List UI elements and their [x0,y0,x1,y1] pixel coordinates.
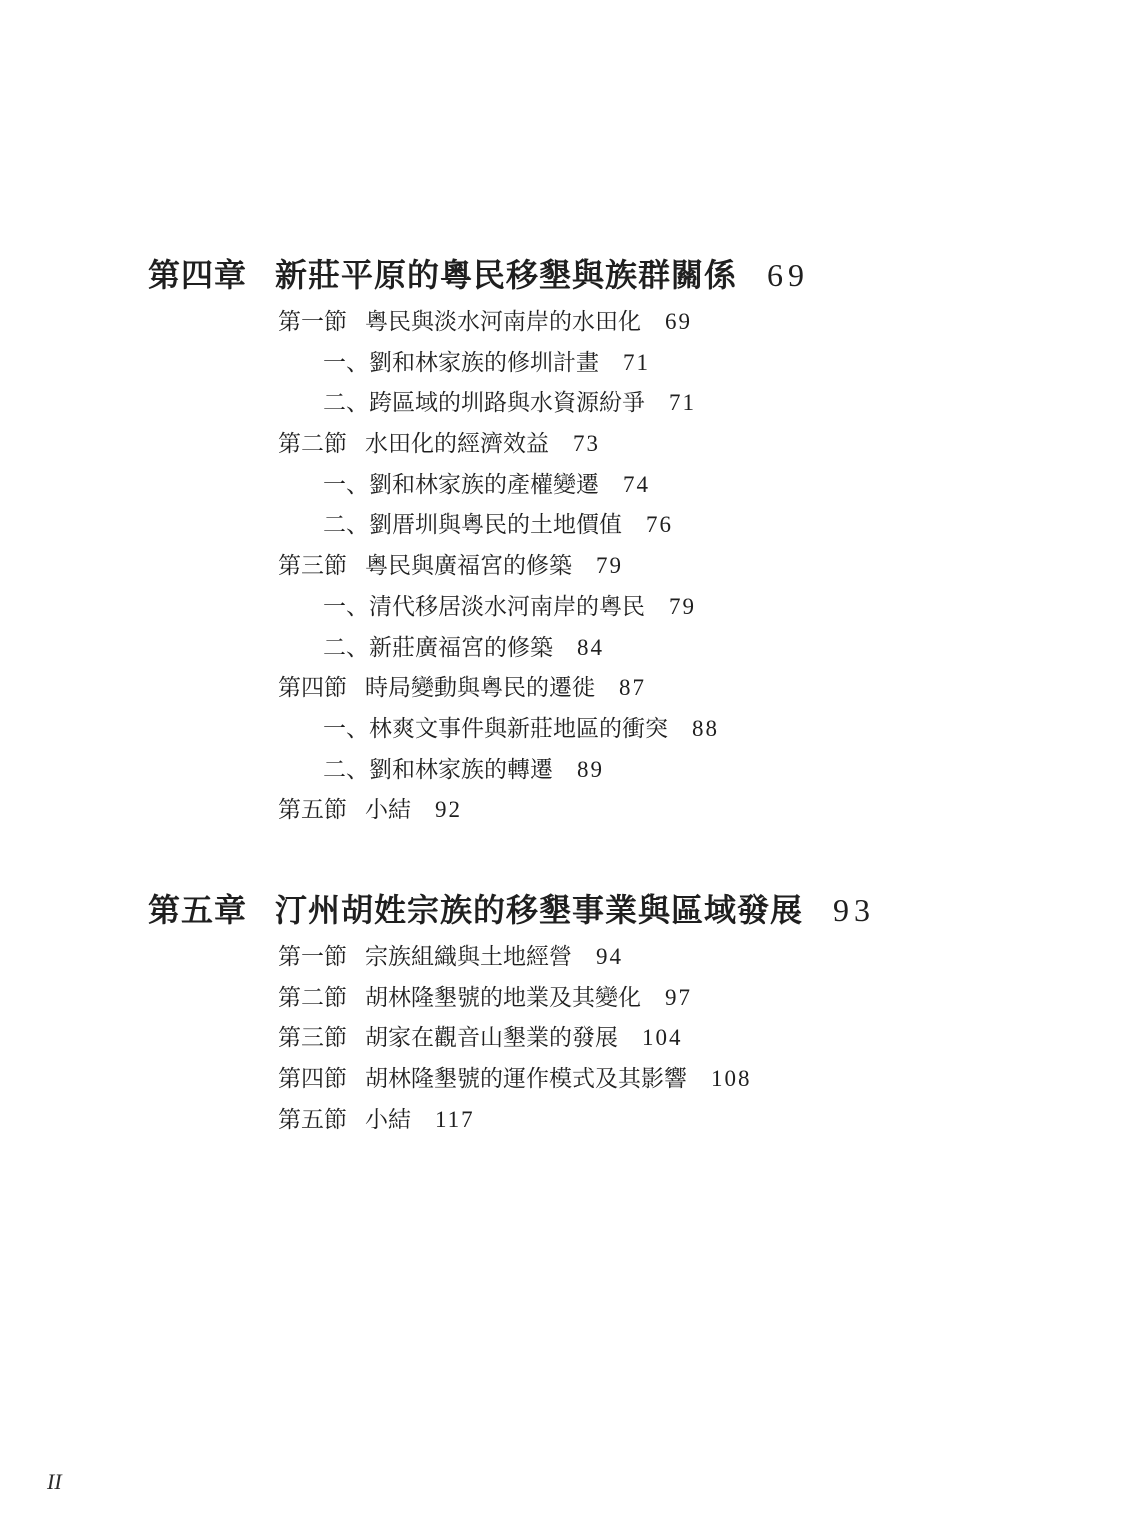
entry-label: 第二節 [278,985,347,1010]
toc-entry: 第二節水田化的經濟效益73 [148,424,875,465]
toc-entry: 一、林爽文事件與新莊地區的衝突88 [148,709,875,750]
entry-title: 林爽文事件與新莊地區的衝突 [369,716,668,741]
entry-title: 劉和林家族的修圳計畫 [369,350,599,375]
entry-page-number: 71 [669,390,696,415]
entry-label: 第五節 [278,797,347,822]
entry-label: 第四節 [278,1066,347,1091]
entry-page-number: 69 [665,309,692,334]
entry-page-number: 92 [435,797,462,822]
entry-label: 二、 [323,635,369,660]
entry-page-number: 117 [435,1107,475,1132]
entry-title: 小結 [365,1107,411,1132]
entry-page-number: 94 [596,944,623,969]
toc-entry: 第四節胡林隆墾號的運作模式及其影響108 [148,1059,875,1100]
toc-entry: 二、跨區域的圳路與水資源紛爭71 [148,383,875,424]
toc-entry: 第二節胡林隆墾號的地業及其變化97 [148,978,875,1019]
toc-entry: 第四節時局變動與粵民的遷徙87 [148,668,875,709]
entry-page-number: 74 [623,472,650,497]
toc-chapter-entries: 第一節宗族組織與土地經營94 第二節胡林隆墾號的地業及其變化97 第三節胡家在觀… [148,937,875,1140]
toc-entry: 第一節宗族組織與土地經營94 [148,937,875,978]
toc-entry: 二、新莊廣福宮的修築84 [148,628,875,669]
entry-title: 時局變動與粵民的遷徙 [365,675,595,700]
entry-title: 劉和林家族的轉遷 [369,757,553,782]
page-folio: II [47,1469,62,1495]
entry-label: 第一節 [278,309,347,334]
entry-title: 水田化的經濟效益 [365,431,549,456]
entry-page-number: 108 [711,1066,752,1091]
toc-entry: 第三節粵民與廣福宮的修築79 [148,546,875,587]
entry-page-number: 76 [646,512,673,537]
entry-title: 粵民與廣福宮的修築 [365,553,572,578]
entry-label: 一、 [323,350,369,375]
chapter-title: 汀州胡姓宗族的移墾事業與區域發展 [275,892,803,928]
entry-page-number: 79 [669,594,696,619]
toc-chapter-entries: 第一節粵民與淡水河南岸的水田化69 一、劉和林家族的修圳計畫71 二、跨區域的圳… [148,302,875,831]
chapter-label: 第五章 [148,892,247,928]
entry-label: 第四節 [278,675,347,700]
entry-label: 第二節 [278,431,347,456]
toc-entry: 第三節胡家在觀音山墾業的發展104 [148,1018,875,1059]
entry-page-number: 73 [573,431,600,456]
entry-page-number: 88 [692,716,719,741]
entry-label: 第三節 [278,1025,347,1050]
entry-title: 胡林隆墾號的運作模式及其影響 [365,1066,687,1091]
toc-entry: 第五節小結117 [148,1100,875,1141]
chapter-page-number: 93 [833,892,875,928]
chapter-label: 第四章 [148,257,247,293]
entry-label: 一、 [323,594,369,619]
entry-page-number: 84 [577,635,604,660]
entry-page-number: 89 [577,757,604,782]
entry-page-number: 87 [619,675,646,700]
toc-entry: 第一節粵民與淡水河南岸的水田化69 [148,302,875,343]
entry-label: 一、 [323,716,369,741]
entry-label: 二、 [323,757,369,782]
toc-chapter: 第五章汀州胡姓宗族的移墾事業與區域發展93 第一節宗族組織與土地經營94 第二節… [148,888,875,1140]
toc-page: 第四章新莊平原的粵民移墾與族群關係69 第一節粵民與淡水河南岸的水田化69 一、… [0,0,1123,1536]
entry-title: 新莊廣福宮的修築 [369,635,553,660]
toc-entry: 一、劉和林家族的修圳計畫71 [148,343,875,384]
chapter-page-number: 69 [767,257,809,293]
entry-page-number: 79 [596,553,623,578]
entry-title: 宗族組織與土地經營 [365,944,572,969]
entry-page-number: 71 [623,350,650,375]
entry-title: 劉厝圳與粵民的土地價值 [369,512,622,537]
chapter-title: 新莊平原的粵民移墾與族群關係 [275,257,737,293]
toc-chapter-heading: 第四章新莊平原的粵民移墾與族群關係69 [148,253,875,297]
entry-label: 二、 [323,512,369,537]
entry-page-number: 104 [642,1025,683,1050]
entry-title: 胡林隆墾號的地業及其變化 [365,985,641,1010]
toc-entry: 二、劉和林家族的轉遷89 [148,750,875,791]
entry-label: 第三節 [278,553,347,578]
entry-page-number: 97 [665,985,692,1010]
entry-title: 跨區域的圳路與水資源紛爭 [369,390,645,415]
toc-list: 第四章新莊平原的粵民移墾與族群關係69 第一節粵民與淡水河南岸的水田化69 一、… [148,253,875,1140]
entry-title: 粵民與淡水河南岸的水田化 [365,309,641,334]
entry-title: 小結 [365,797,411,822]
toc-entry: 二、劉厝圳與粵民的土地價值76 [148,505,875,546]
toc-chapter: 第四章新莊平原的粵民移墾與族群關係69 第一節粵民與淡水河南岸的水田化69 一、… [148,253,875,831]
entry-label: 第五節 [278,1107,347,1132]
toc-entry: 第五節小結92 [148,790,875,831]
entry-label: 二、 [323,390,369,415]
entry-label: 第一節 [278,944,347,969]
entry-title: 清代移居淡水河南岸的粵民 [369,594,645,619]
entry-title: 胡家在觀音山墾業的發展 [365,1025,618,1050]
toc-entry: 一、清代移居淡水河南岸的粵民79 [148,587,875,628]
entry-label: 一、 [323,472,369,497]
entry-title: 劉和林家族的產權變遷 [369,472,599,497]
toc-chapter-heading: 第五章汀州胡姓宗族的移墾事業與區域發展93 [148,888,875,932]
toc-entry: 一、劉和林家族的產權變遷74 [148,465,875,506]
